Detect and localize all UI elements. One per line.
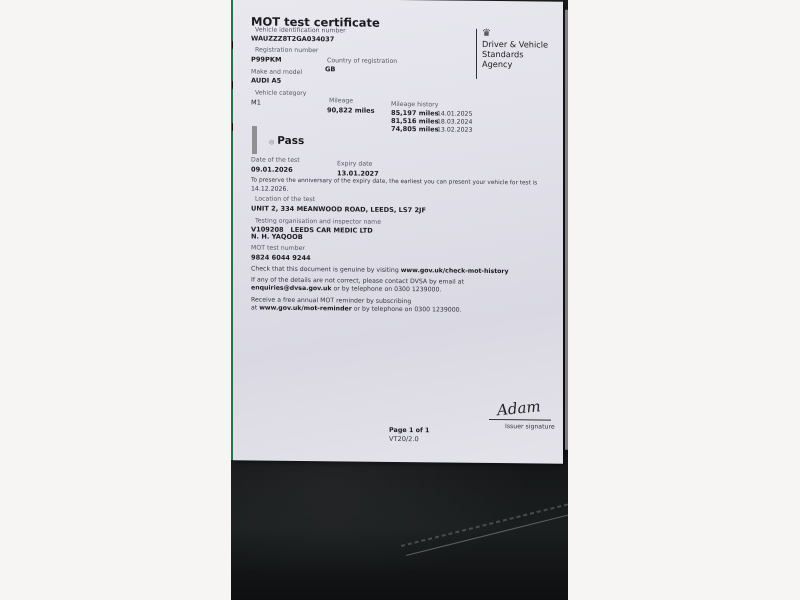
test-result: ◎Pass: [269, 135, 304, 147]
vehicle-category-label: Vehicle category: [255, 90, 306, 98]
signature-label: Issuer signature: [505, 423, 555, 431]
testing-org-label: Testing organisation and inspector name: [255, 218, 381, 226]
test-result-value: Pass: [277, 135, 304, 147]
mileage-value: 90,822 miles: [327, 106, 375, 114]
issuer-signature: Adam: [496, 397, 541, 419]
check-mot-history-link: www.gov.uk/check-mot-history: [401, 267, 509, 275]
registration-value: P99PKM: [251, 55, 282, 63]
mileage-label: Mileage: [329, 97, 353, 104]
dvsa-email-link: enquiries@dvsa.gov.uk: [251, 284, 332, 292]
country-value: GB: [325, 65, 335, 73]
paper-edge: [565, 10, 568, 450]
anniversary-note-date: 14.12.2026.: [251, 185, 288, 192]
country-label: Country of registration: [327, 57, 397, 65]
expiry-date-value: 13.01.2027: [337, 169, 379, 177]
vehicle-category-value: M1: [251, 98, 261, 106]
make-model-label: Make and model: [251, 68, 302, 76]
test-number-label: MOT test number: [251, 244, 305, 252]
registration-label: Registration number: [255, 47, 318, 55]
page-number: Page 1 of 1: [389, 426, 429, 434]
location-value: UNIT 2, 334 MEANWOOD ROAD, LEEDS, LS7 2J…: [251, 204, 426, 214]
mileage-history-date: 13.02.2023: [437, 126, 472, 133]
royal-coat-of-arms-icon: ♛: [482, 29, 548, 40]
expiry-date-label: Expiry date: [337, 160, 372, 167]
mot-reminder-link: www.gov.uk/mot-reminder: [259, 305, 352, 313]
test-number-value: 9824 6044 9244: [251, 253, 311, 262]
genuine-check-text: Check that this document is genuine by v…: [251, 265, 401, 274]
test-date-label: Date of the test: [251, 156, 300, 164]
mileage-history-date: 14.01.2025: [437, 110, 472, 117]
mileage-history-label: Mileage history: [391, 101, 438, 108]
make-model-value: AUDI A5: [251, 76, 281, 84]
issuer-name-line: Agency: [482, 59, 548, 70]
anniversary-note: To preserve the anniversary of the expir…: [251, 177, 537, 186]
inspector-name: N. H. YAQOOB: [251, 232, 303, 241]
dvsa-logo: ♛ Driver & Vehicle Standards Agency: [476, 29, 548, 80]
mot-certificate-paper: MOT test certificate ♛ Driver & Vehicle …: [233, 0, 563, 464]
location-label: Location of the test: [255, 196, 315, 204]
issuer-name-line: Driver & Vehicle: [482, 39, 548, 50]
check-icon: ◎: [269, 139, 274, 146]
genuine-check-notice: Check that this document is genuine by v…: [251, 265, 509, 275]
reminder-phone-text: or by telephone on 0300 1239000.: [352, 306, 462, 314]
form-code: VT20/2.0: [389, 435, 419, 443]
vin-label: Vehicle identification number: [255, 27, 346, 35]
signature-line: [489, 419, 551, 421]
reminder-notice-line2: at www.gov.uk/mot-reminder or by telepho…: [251, 304, 462, 313]
mileage-history-miles: 74,805 miles: [391, 125, 439, 133]
reminder-prefix: at: [251, 304, 259, 311]
contact-phone-text: or by telephone on 0300 1239000.: [332, 285, 442, 293]
issuer-name-line: Standards: [482, 49, 548, 60]
contact-notice-line2: enquiries@dvsa.gov.uk or by telephone on…: [251, 284, 441, 293]
mileage-history-date: 18.03.2024: [437, 118, 472, 125]
vin-value: WAUZZZ8T2GA034037: [251, 34, 334, 43]
photo: MOT test certificate ♛ Driver & Vehicle …: [231, 0, 568, 600]
barcode: [252, 126, 257, 154]
certificate-content: MOT test certificate ♛ Driver & Vehicle …: [249, 8, 554, 11]
test-date-value: 09.01.2026: [251, 165, 293, 173]
